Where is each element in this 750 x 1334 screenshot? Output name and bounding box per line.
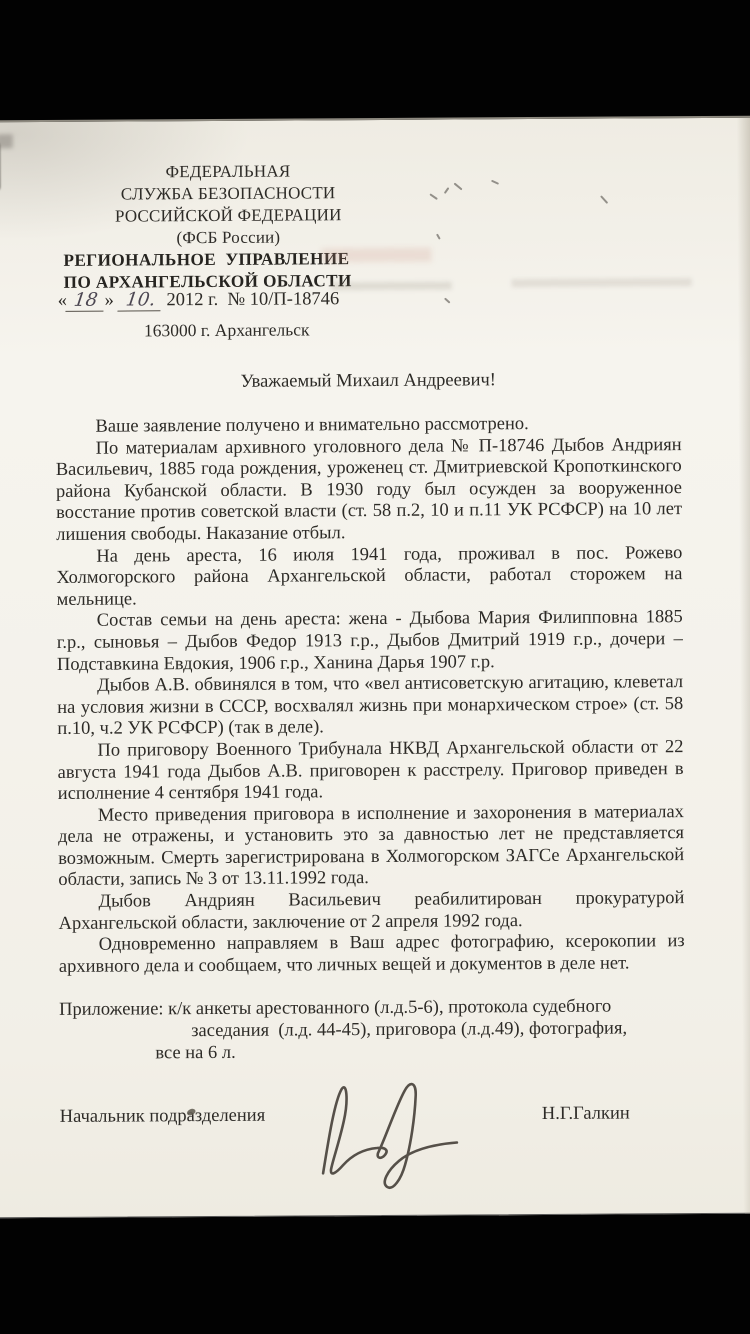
- pen-smudge-mark: [454, 183, 463, 191]
- attachment-block: Приложение: к/к анкеты арестованного (л.…: [59, 997, 685, 1066]
- pen-smudge-mark: [429, 193, 438, 200]
- pen-smudge-mark: [444, 187, 450, 194]
- pen-smudge-mark: [491, 180, 499, 185]
- body-paragraph: На день ареста, 16 июля 1941 года, прожи…: [56, 543, 682, 612]
- letterhead-line: РОССИЙСКОЙ ФЕДЕРАЦИИ: [57, 204, 399, 228]
- letterhead-line: (ФСБ России): [57, 226, 399, 250]
- document-photo: ФЕДЕРАЛЬНАЯСЛУЖБА БЕЗОПАСНОСТИРОССИЙСКОЙ…: [0, 0, 750, 1334]
- letterhead-line: СЛУЖБА БЕЗОПАСНОСТИ: [57, 182, 399, 206]
- body-paragraph: Дыбов Андриян Васильевич реабилитирован …: [58, 888, 684, 935]
- letterhead-line: ФЕДЕРАЛЬНАЯ: [57, 160, 399, 184]
- body-paragraph: Одновременно направляем в Ваш адрес фото…: [59, 931, 685, 978]
- pen-smudge-mark: [444, 297, 451, 303]
- body-paragraph: По материалам архивного уголовного дела …: [56, 435, 683, 547]
- letterhead-department-line: РЕГИОНАЛЬНОЕ УПРАВЛЕНИЕ: [63, 248, 351, 272]
- signature-row: Начальник подразделения Н.Г.Галкин: [60, 1091, 687, 1199]
- body-paragraph: По приговору Военного Трибунала НКВД Арх…: [57, 737, 683, 806]
- body-paragraph: Место приведения приговора в исполнение …: [58, 802, 685, 892]
- handwritten-month: 10.: [117, 291, 163, 311]
- signature-scribble-icon: [311, 1077, 462, 1198]
- reference-line: «18» 10. 2012 г. № 10/П-18746: [58, 289, 340, 312]
- paper-fold-shadow: [0, 134, 13, 148]
- attachment-line: все на 6 л.: [155, 1040, 685, 1065]
- quote-close: »: [104, 291, 113, 311]
- city-line: 163000 г. Архангельск: [144, 319, 310, 341]
- pen-smudge-mark: [436, 234, 441, 240]
- letter-paper: ФЕДЕРАЛЬНАЯСЛУЖБА БЕЗОПАСНОСТИРОССИЙСКОЙ…: [0, 116, 750, 1219]
- signer-name: Н.Г.Галкин: [542, 1092, 630, 1126]
- handwritten-day: 18: [66, 292, 106, 312]
- attachment-line: заседания (л.д. 44-45), приговора (л.д.4…: [191, 1018, 685, 1043]
- document-number: № 10/П-18746: [227, 289, 339, 310]
- body-paragraphs: Ваше заявление получено и внимательно ра…: [55, 413, 684, 978]
- ghost-ink-blot: [512, 278, 692, 287]
- signer-title: Начальник подразделения: [60, 1094, 266, 1129]
- salutation: Уважаемый Михаил Андреевич!: [55, 369, 681, 394]
- letter-body: Ваше заявление получено и внимательно ра…: [55, 413, 686, 1199]
- body-paragraph: Дыбов А.В. обвинялся в том, что «вел ант…: [57, 672, 683, 741]
- pen-smudge-mark: [600, 195, 608, 204]
- year-text: 2012 г.: [166, 290, 218, 310]
- letterhead-department: РЕГИОНАЛЬНОЕ УПРАВЛЕНИЕПО АРХАНГЕЛЬСКОЙ …: [63, 248, 351, 294]
- body-paragraph: Состав семьи на день ареста: жена - Дыбо…: [57, 607, 683, 676]
- letterhead-organization: ФЕДЕРАЛЬНАЯСЛУЖБА БЕЗОПАСНОСТИРОССИЙСКОЙ…: [57, 160, 400, 250]
